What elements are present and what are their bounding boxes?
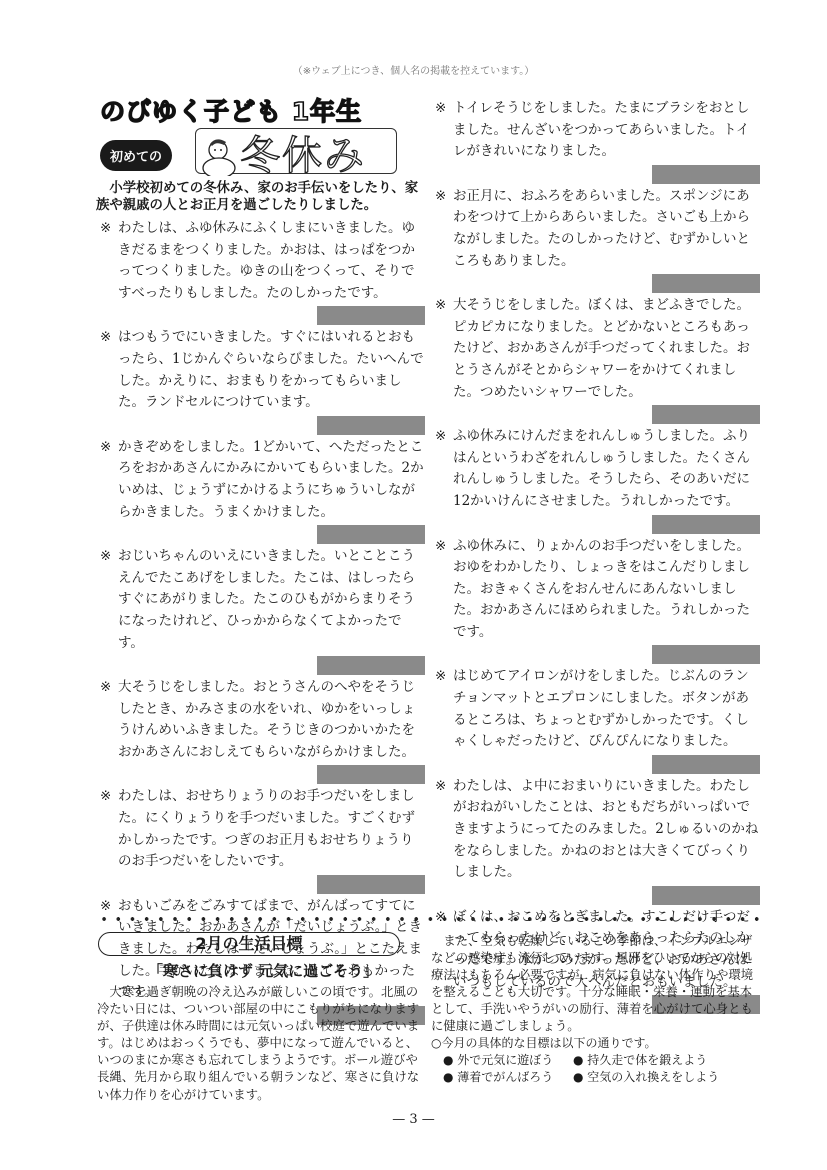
privacy-notice: （※ウェブ上につき、個人名の掲載を控えています。）: [0, 62, 827, 77]
reference-mark-icon: ※: [100, 437, 111, 459]
dotted-divider: [97, 915, 767, 923]
redacted-name-block: [317, 525, 425, 544]
redacted-name-block: [317, 306, 425, 325]
essay-text: わたしは、ふゆ休みにふくしまにいきました。ゆきだるまをつくりました。かおは、はっ…: [118, 218, 425, 304]
essay-text: 大そうじをしました。おとうさんのへやをそうじしたとき、かみさまの水をいれ、ゆかを…: [118, 677, 425, 763]
goals-paragraph-1-text: 大寒を過ぎ朝晩の冷え込みが厳しいこの頃です。北風の冷たい日には、ついつい部屋の中…: [97, 983, 430, 1103]
reference-mark-icon: ※: [100, 327, 111, 349]
redacted-name-block: [652, 274, 760, 293]
reference-mark-icon: ※: [100, 786, 111, 808]
redacted-name-block: [652, 165, 760, 184]
reference-mark-icon: ※: [435, 536, 446, 558]
title-block: のびゆく子ども 1年生 初めての 冬休み: [100, 98, 425, 178]
essay-text: はつもうでにいきました。すぐにはいれるとおもったら、1じかんぐらいならびました。…: [118, 327, 425, 413]
essay-text: わたしは、おせちりょうりのお手つだいをしました。にくりょうりを手つだいました。す…: [118, 786, 425, 872]
goals-list-title: ○今月の具体的な目標は以下の通りです。: [431, 1035, 761, 1052]
goal-item: ● 持久走で体を鍛えよう: [573, 1052, 753, 1069]
essay-entry: ※わたしは、おせちりょうりのお手つだいをしました。にくりょうりを手つだいました。…: [100, 786, 425, 893]
essay-entry: ※かきぞめをしました。1どかいて、へただったところをおかあさんにかみにかいてもら…: [100, 437, 425, 544]
redacted-name-block: [652, 405, 760, 424]
reference-mark-icon: ※: [100, 218, 111, 240]
reference-mark-icon: ※: [100, 677, 111, 699]
essay-entry: ※はじめてアイロンがけをしました。じぶんのランチョンマットとエプロンにしました。…: [435, 666, 760, 773]
essay-text: ふゆ休みに、りょかんのお手つだいをしました。おゆをわかしたり、しょっきをはこんだ…: [453, 536, 760, 644]
page-number: — 3 —: [0, 1112, 827, 1127]
redacted-name-block: [317, 875, 425, 894]
goal-item: ● 薄着でがんばろう: [443, 1069, 573, 1086]
left-column: のびゆく子ども 1年生 初めての 冬休み 小学校初めての冬休み、家のお手伝いをし…: [100, 98, 425, 1027]
reference-mark-icon: ※: [435, 776, 446, 798]
goals-paragraph-2: また、空気も乾燥しているこの季節は、インフルエンザなどの感染症も流行しています。…: [431, 932, 761, 1086]
redacted-name-block: [652, 886, 760, 905]
essay-entry: ※ふゆ休みにけんだまをれんしゅうしました。ふりはんというわざをれんしゅうしました…: [435, 426, 760, 533]
redacted-name-block: [652, 515, 760, 534]
redacted-name-block: [652, 645, 760, 664]
essay-entry: ※トイレそうじをしました。たまにブラシをおとしました。せんざいをつかってあらいま…: [435, 98, 760, 184]
essay-text: おじいちゃんのいえにいきました。いとことこうえんでたこあげをしました。たこは、は…: [118, 546, 425, 654]
essay-entry: ※お正月に、おふろをあらいました。スポンジにあわをつけて上からあらいました。さい…: [435, 186, 760, 293]
essay-entry: ※わたしは、よ中におまいりにいきました。わたしがおねがいしたことは、おともだちが…: [435, 776, 760, 905]
essay-text: お正月に、おふろをあらいました。スポンジにあわをつけて上からあらいました。さいご…: [453, 186, 760, 272]
goals-slogan: 「寒さに負けず 元気に過ごそう」: [98, 960, 428, 981]
reference-mark-icon: ※: [435, 186, 446, 208]
goal-item: ● 空気の入れ換えをしよう: [573, 1069, 753, 1086]
page-title: のびゆく子ども 1年生: [100, 98, 425, 126]
essay-text: わたしは、よ中におまいりにいきました。わたしがおねがいしたことは、おともだちがい…: [453, 776, 760, 884]
goals-paragraph-1: 大寒を過ぎ朝晩の冷え込みが厳しいこの頃です。北風の冷たい日には、ついつい部屋の中…: [97, 983, 430, 1103]
redacted-name-block: [317, 765, 425, 784]
winter-break-word: 冬休み: [240, 124, 366, 181]
reference-mark-icon: ※: [100, 546, 111, 568]
essay-entry: ※大そうじをしました。ぼくは、まどふきでした。ピカピカになりました。とどかないと…: [435, 295, 760, 424]
essay-entry: ※おじいちゃんのいえにいきました。いとことこうえんでたこあげをしました。たこは、…: [100, 546, 425, 675]
essay-entry: ※ふゆ休みに、りょかんのお手つだいをしました。おゆをわかしたり、しょっきをはこん…: [435, 536, 760, 665]
reference-mark-icon: ※: [435, 98, 446, 120]
right-column: ※トイレそうじをしました。たまにブラシをおとしました。せんざいをつかってあらいま…: [435, 98, 760, 1016]
redacted-name-block: [317, 416, 425, 435]
goals-list: ● 外で元気に遊ぼう ● 持久走で体を鍛えよう ● 薄着でがんばろう ● 空気の…: [443, 1052, 761, 1086]
speech-bubble: 初めての: [100, 140, 172, 171]
left-entries: ※わたしは、ふゆ休みにふくしまにいきました。ゆきだるまをつくりました。かおは、は…: [100, 218, 425, 1025]
reference-mark-icon: ※: [435, 666, 446, 688]
essay-text: トイレそうじをしました。たまにブラシをおとしました。せんざいをつかってあらいまし…: [453, 98, 760, 163]
essay-text: はじめてアイロンがけをしました。じぶんのランチョンマットとエプロンにしました。ボ…: [453, 666, 760, 752]
goals-paragraph-2-text: また、空気も乾燥しているこの季節は、インフルエンザなどの感染症も流行しています。…: [431, 932, 761, 1035]
right-entries: ※トイレそうじをしました。たまにブラシをおとしました。せんざいをつかってあらいま…: [435, 98, 760, 1014]
essay-text: 大そうじをしました。ぼくは、まどふきでした。ピカピカになりました。とどかないとこ…: [453, 295, 760, 403]
redacted-name-block: [317, 656, 425, 675]
goals-heading: 2月の生活目標: [98, 932, 400, 956]
reference-mark-icon: ※: [435, 295, 446, 317]
redacted-name-block: [652, 755, 760, 774]
title-subrow: 初めての 冬休み: [100, 128, 425, 178]
essay-text: かきぞめをしました。1どかいて、へただったところをおかあさんにかみにかいてもらい…: [118, 437, 425, 523]
snowman-icon: [198, 136, 242, 176]
essay-text: ふゆ休みにけんだまをれんしゅうしました。ふりはんというわざをれんしゅうしました。…: [453, 426, 760, 512]
reference-mark-icon: ※: [435, 426, 446, 448]
essay-entry: ※はつもうでにいきました。すぐにはいれるとおもったら、1じかんぐらいならびました…: [100, 327, 425, 434]
essay-entry: ※大そうじをしました。おとうさんのへやをそうじしたとき、かみさまの水をいれ、ゆか…: [100, 677, 425, 784]
lead-text: 小学校初めての冬休み、家のお手伝いをしたり、家族や親戚の人とお正月を過ごしたりし…: [96, 180, 426, 214]
essay-entry: ※わたしは、ふゆ休みにふくしまにいきました。ゆきだるまをつくりました。かおは、は…: [100, 218, 425, 325]
goal-item: ● 外で元気に遊ぼう: [443, 1052, 573, 1069]
